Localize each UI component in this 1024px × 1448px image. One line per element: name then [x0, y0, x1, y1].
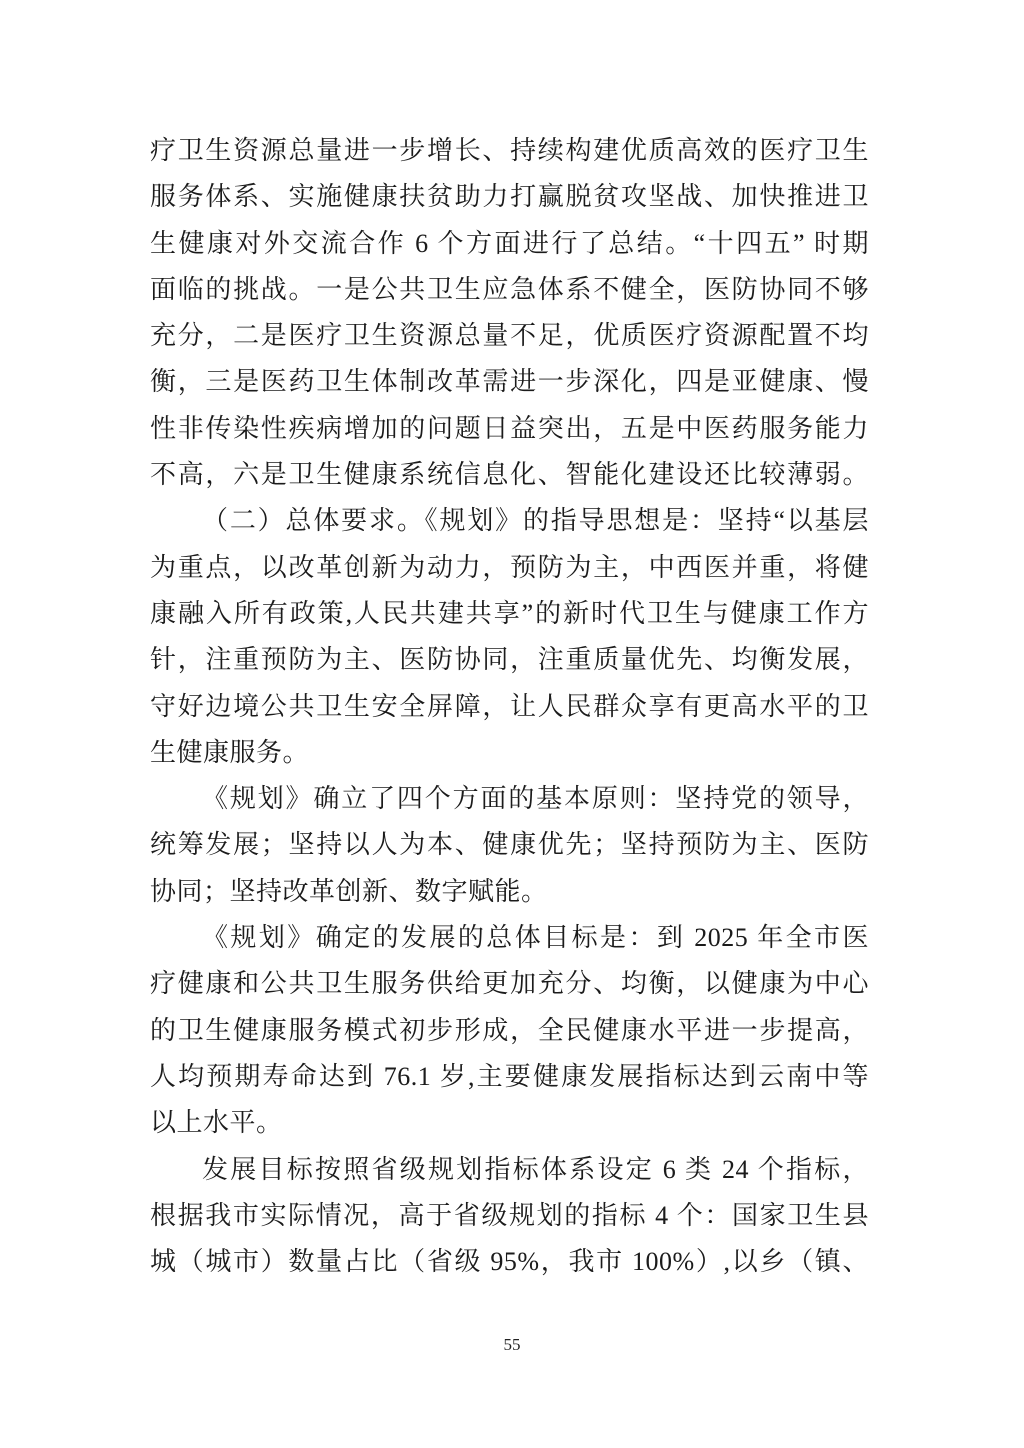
text-line: 面临的挑战。一是公共卫生应急体系不健全，医防协同不够 — [150, 267, 869, 313]
text-line: 生健康对外交流合作 6 个方面进行了总结。“十四五” 时期 — [150, 221, 869, 267]
text-line: 根据我市实际情况，高于省级规划的指标 4 个：国家卫生县 — [150, 1193, 869, 1239]
text-line: 衡，三是医药卫生体制改革需进一步深化，四是亚健康、慢 — [150, 359, 869, 405]
text-line-paragraph-end: 协同；坚持改革创新、数字赋能。 — [150, 869, 869, 915]
text-line: 为重点，以改革创新为动力，预防为主，中西医并重，将健 — [150, 545, 869, 591]
text-line-paragraph-start: （二）总体要求。《规划》的指导思想是：坚持“以基层 — [150, 498, 869, 544]
text-line-paragraph-start: 《规划》确定的发展的总体目标是：到 2025 年全市医 — [150, 915, 869, 961]
text-line: 充分，二是医疗卫生资源总量不足，优质医疗资源配置不均 — [150, 313, 869, 359]
text-line: 城（城市）数量占比（省级 95%，我市 100%）,以乡（镇、 — [150, 1239, 869, 1285]
text-line-paragraph-end: 以上水平。 — [150, 1100, 869, 1146]
text-line-paragraph-end: 生健康服务。 — [150, 730, 869, 776]
text-line: 性非传染性疾病增加的问题日益突出，五是中医药服务能力 — [150, 406, 869, 452]
text-line: 的卫生健康服务模式初步形成，全民健康水平进一步提高， — [150, 1008, 869, 1054]
text-line-paragraph-start: 发展目标按照省级规划指标体系设定 6 类 24 个指标， — [150, 1147, 869, 1193]
text-line: 康融入所有政策,人民共建共享”的新时代卫生与健康工作方 — [150, 591, 869, 637]
text-line: 守好边境公共卫生安全屏障，让人民群众享有更高水平的卫 — [150, 684, 869, 730]
text-line-paragraph-start: 《规划》确立了四个方面的基本原则：坚持党的领导， — [150, 776, 869, 822]
page-number: 55 — [0, 1333, 1024, 1357]
text-line: 疗卫生资源总量进一步增长、持续构建优质高效的医疗卫生 — [150, 128, 869, 174]
body-text: 疗卫生资源总量进一步增长、持续构建优质高效的医疗卫生 服务体系、实施健康扶贫助力… — [150, 128, 869, 1285]
text-line: 服务体系、实施健康扶贫助力打赢脱贫攻坚战、加快推进卫 — [150, 174, 869, 220]
text-line: 统筹发展；坚持以人为本、健康优先；坚持预防为主、医防 — [150, 822, 869, 868]
text-line: 针，注重预防为主、医防协同，注重质量优先、均衡发展， — [150, 637, 869, 683]
text-line: 人均预期寿命达到 76.1 岁,主要健康发展指标达到云南中等 — [150, 1054, 869, 1100]
document-page: 疗卫生资源总量进一步增长、持续构建优质高效的医疗卫生 服务体系、实施健康扶贫助力… — [0, 0, 1024, 1448]
text-line: 疗健康和公共卫生服务供给更加充分、均衡，以健康为中心 — [150, 961, 869, 1007]
text-line: 不高，六是卫生健康系统信息化、智能化建设还比较薄弱。 — [150, 452, 869, 498]
